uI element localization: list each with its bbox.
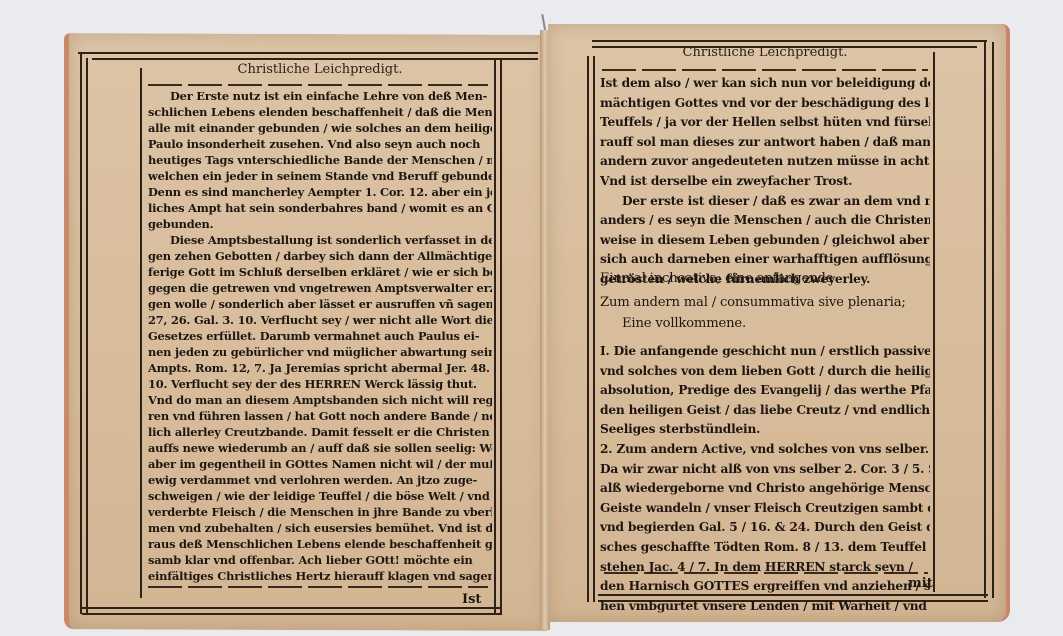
text-line: Vnd ist derselbe ein zweyfacher Trost. [600, 172, 930, 192]
text-line: Da wir zwar nicht alß von vns selber 2. … [600, 460, 930, 480]
left-bottom-rule-2 [82, 613, 502, 615]
text-line: absolution, Predige des Evangelij / das … [600, 381, 930, 401]
text-line: mächtigen Gottes vnd vor der beschädigun… [600, 94, 930, 114]
text-line: welchen ein jeder in seinem Stande vnd B… [148, 168, 492, 184]
text-line: schlichen Lebens elenden beschaffenheit … [148, 104, 492, 120]
text-line: anders / es seyn die Menschen / auch die… [600, 211, 930, 231]
definition-line: Einmal inchoativa; eine anfangende [600, 268, 930, 289]
left-top-rule-inner [92, 58, 538, 60]
right-definitions: Einmal inchoativa; eine anfangende Zum a… [600, 268, 930, 334]
text-line: samb klar vnd offenbar. Ach lieber GOtt!… [148, 552, 492, 568]
text-line: stehen Jac. 4 / 7. In dem HERREN starck … [600, 558, 930, 578]
text-line: liches Ampt hat sein sonderbahres band /… [148, 200, 492, 216]
right-top-rule [592, 40, 987, 42]
right-inner-rule [984, 42, 986, 598]
text-line: Teuffels / ja vor der Hellen selbst hüte… [600, 113, 930, 133]
text-line: sich auch darneben einer warhafftigen au… [600, 250, 930, 270]
text-line: den Harnisch GOTTES ergreiffen vnd anzie… [600, 577, 930, 597]
text-line: auffs newe wiederumb an / auff daß sie s… [148, 440, 492, 456]
text-line: Vnd do man an diesem Amptsbanden sich ni… [148, 392, 492, 408]
right-inner-rule-2 [992, 42, 994, 598]
text-line: Der Erste nutz ist ein einfache Lehre vo… [148, 88, 492, 104]
text-line: Paulo insonderheit zusehen. Vnd also sey… [148, 136, 492, 152]
text-line: schweigen / wie der leidige Teuffel / di… [148, 488, 492, 504]
left-top-rule [78, 52, 538, 54]
text-line: andern zuvor angedeuteten nutzen müsse i… [600, 152, 930, 172]
left-inner-rule [494, 58, 496, 614]
left-head-dash [148, 84, 488, 86]
right-outer-rule-2 [593, 56, 595, 602]
left-text-rule [140, 68, 142, 598]
text-line: aber im gegentheil in GOttes Namen nicht… [148, 456, 492, 472]
text-line: Ampts. Rom. 12, 7. Ja Jeremias spricht a… [148, 360, 492, 376]
text-line: 27, 26. Gal. 3. 10. Verflucht sey / wer … [148, 312, 492, 328]
right-catchword: mit [908, 576, 933, 591]
text-line: Seeliges sterbstündlein. [600, 420, 930, 440]
definition-line: Eine vollkommene. [600, 313, 930, 334]
right-running-head: Christliche Leichpredigt. [600, 45, 930, 60]
text-line: alß wiedergeborne vnd Christo angehörige… [600, 479, 930, 499]
left-outer-rule [80, 54, 82, 614]
text-line: verderbte Fleisch / die Menschen in jhre… [148, 504, 492, 520]
right-text-block-2: I. Die anfangende geschicht nun / erstli… [600, 342, 930, 616]
text-line: Ist dem also / wer kan sich nun vor bele… [600, 74, 930, 94]
text-line: hen vmbgürtet vnsere Lenden / mit Warhei… [600, 597, 930, 617]
text-line: nen jeden zu gebürlicher vnd müglicher a… [148, 344, 492, 360]
right-text-rule [933, 52, 935, 592]
text-line: heutiges Tags vnterschiedliche Bande der… [148, 152, 492, 168]
definition-line: Zum andern mal / consummativa sive plena… [600, 292, 930, 313]
text-line: men vnd zubehalten / sich eusersies bemü… [148, 520, 492, 536]
text-line: 2. Zum andern Active, vnd solches von vn… [600, 440, 930, 460]
text-line: Diese Amptsbestallung ist sonderlich ver… [148, 232, 492, 248]
text-line: gegen die getrewen vnd vngetrewen Amptsv… [148, 280, 492, 296]
text-line: weise in diesem Leben gebunden / gleichw… [600, 231, 930, 251]
text-line: lich allerley Creutzbande. Damit fesselt… [148, 424, 492, 440]
left-text-block: Der Erste nutz ist ein einfache Lehre vo… [148, 88, 492, 584]
text-line: Denn es sind mancherley Aempter 1. Cor. … [148, 184, 492, 200]
left-running-head: Christliche Leichpredigt. [150, 62, 490, 77]
text-line: Der erste ist dieser / daß es zwar an de… [600, 192, 930, 212]
text-line: raus deß Menschlichen Lebens elende besc… [148, 536, 492, 552]
text-line: I. Die anfangende geschicht nun / erstli… [600, 342, 930, 362]
text-line: Geiste wandeln / vnser Fleisch Creutzige… [600, 499, 930, 519]
open-book: Christliche Leichpredigt. Der Erste nutz… [0, 0, 1063, 636]
left-bottom-rule [82, 607, 502, 609]
text-line: ewig verdammet vnd verlohren werden. An … [148, 472, 492, 488]
text-line: Gesetzes erfüllet. Darumb vermahnet auch… [148, 328, 492, 344]
text-line: vnd begierden Gal. 5 / 16. & 24. Durch d… [600, 518, 930, 538]
left-foot-dash [148, 586, 488, 588]
text-line: gen wolle / sonderlich aber lässet er au… [148, 296, 492, 312]
left-catchword: Ist [462, 592, 481, 607]
text-line: einfältiges Christliches Hertz hierauff … [148, 568, 492, 584]
text-line: alle mit einander gebunden / wie solches… [148, 120, 492, 136]
left-outer-rule-2 [86, 58, 88, 614]
text-line: den heiligen Geist / das liebe Creutz / … [600, 401, 930, 421]
text-line: gebunden. [148, 216, 492, 232]
right-text-block: Ist dem also / wer kan sich nun vor bele… [600, 74, 930, 290]
right-head-dash [602, 69, 928, 71]
left-inner-rule-2 [500, 58, 502, 614]
text-line: ferige Gott im Schluß derselben erkläret… [148, 264, 492, 280]
text-line: vnd solches von dem lieben Gott / durch … [600, 362, 930, 382]
text-line: rauff sol man dieses zur antwort haben /… [600, 133, 930, 153]
right-outer-rule [587, 56, 589, 602]
text-line: sches geschaffte Tödten Rom. 8 / 13. dem… [600, 538, 930, 558]
text-line: gen zehen Gebotten / darbey sich dann de… [148, 248, 492, 264]
text-line: ren vnd führen lassen / hat Gott noch an… [148, 408, 492, 424]
text-line: 10. Verflucht sey der des HERREN Werck l… [148, 376, 492, 392]
